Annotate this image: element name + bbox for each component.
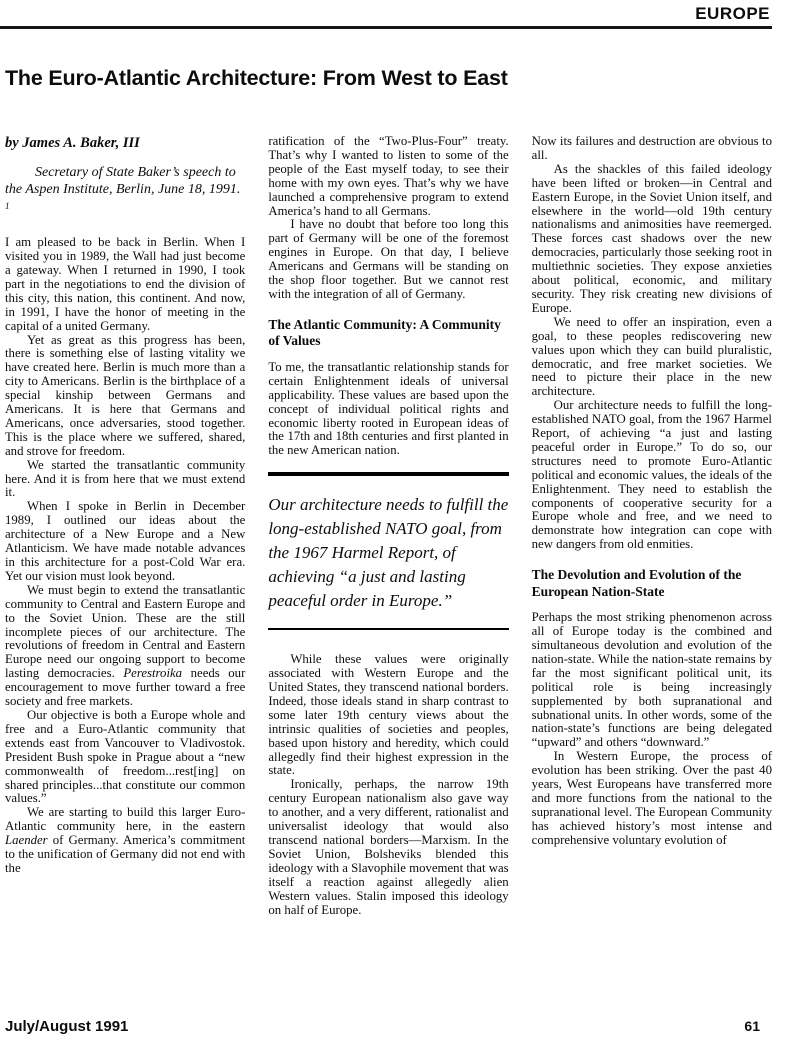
paragraph: I am pleased to be back in Berlin. When … [5, 236, 245, 333]
paragraph: We must begin to extend the transatlanti… [5, 584, 245, 709]
article-columns: by James A. Baker, III Secretary of Stat… [5, 135, 772, 917]
paragraph: We started the transatlantic community h… [5, 459, 245, 501]
page-number: 61 [744, 1018, 760, 1034]
issue-date: July/August 1991 [5, 1018, 128, 1035]
byline: by James A. Baker, III [5, 135, 245, 152]
footnote-marker: 1 [5, 201, 10, 211]
paragraph: ratification of the “Two-Plus-Four” trea… [268, 135, 508, 218]
speech-note-text: Secretary of State Baker’s speech to the… [5, 165, 240, 197]
header-rule [0, 26, 772, 29]
section-heading: The Devolution and Evolution of the Euro… [532, 567, 772, 600]
column-3: Now its failures and destruction are obv… [532, 135, 772, 917]
paragraph: Our architecture needs to fulfill the lo… [532, 399, 772, 552]
page-footer: July/August 1991 61 [5, 1018, 760, 1035]
paragraph: As the shackles of this failed ideology … [532, 163, 772, 316]
pull-quote: Our architecture needs to fulfill the lo… [268, 472, 508, 630]
paragraph: I have no doubt that before too long thi… [268, 218, 508, 301]
paragraph: In Western Europe, the process of evolut… [532, 750, 772, 847]
magazine-name: EUROPE [0, 0, 800, 23]
paragraph: When I spoke in Berlin in December 1989,… [5, 500, 245, 583]
paragraph: Now its failures and destruction are obv… [532, 135, 772, 163]
paragraph: Our objective is both a Europe whole and… [5, 709, 245, 806]
article-title: The Euro-Atlantic Architecture: From Wes… [5, 66, 772, 91]
paragraph: While these values were originally assoc… [268, 653, 508, 778]
paragraph: Perhaps the most striking phenomenon acr… [532, 611, 772, 750]
paragraph: To me, the transatlantic relationship st… [268, 361, 508, 458]
paragraph: Yet as great as this progress has been, … [5, 334, 245, 459]
paragraph: Ironically, perhaps, the narrow 19th cen… [268, 778, 508, 917]
speech-note: Secretary of State Baker’s speech to the… [5, 165, 245, 220]
paragraph: We are starting to build this larger Eur… [5, 806, 245, 876]
column-1: by James A. Baker, III Secretary of Stat… [5, 135, 245, 917]
paragraph: We need to offer an inspiration, even a … [532, 316, 772, 399]
section-heading: The Atlantic Community: A Community of V… [268, 317, 508, 350]
magazine-page: EUROPE The Euro-Atlantic Architecture: F… [0, 0, 800, 1048]
column-2: ratification of the “Two-Plus-Four” trea… [268, 135, 508, 917]
page-header: EUROPE [0, 0, 800, 29]
